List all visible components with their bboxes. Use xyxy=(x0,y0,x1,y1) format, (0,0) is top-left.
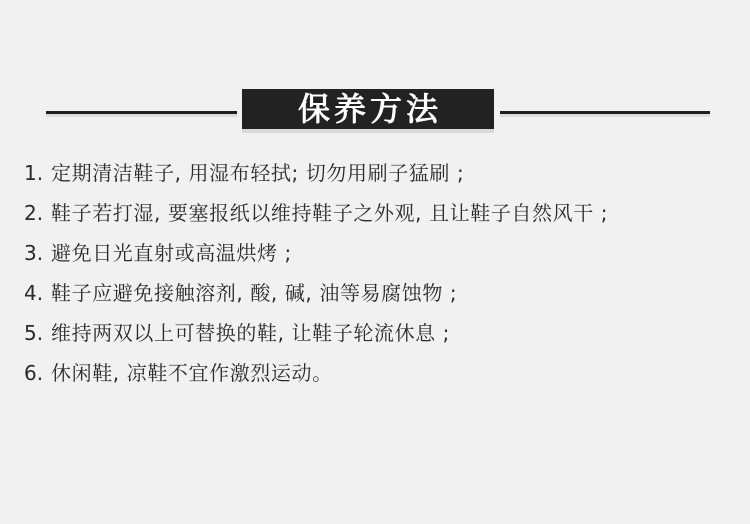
item-number: 6. xyxy=(24,353,51,393)
care-instructions-list: 1. 定期清洁鞋子, 用湿布轻拭; 切勿用刷子猛刷 ; 2. 鞋子若打湿, 要塞… xyxy=(24,153,608,393)
header-rule-left xyxy=(46,111,237,114)
list-item: 5. 维持两双以上可替换的鞋, 让鞋子轮流休息 ; xyxy=(24,313,608,353)
section-title: 保养方法 xyxy=(294,89,442,129)
item-number: 4. xyxy=(24,273,51,313)
list-item: 6. 休闲鞋, 凉鞋不宜作激烈运动。 xyxy=(24,353,608,393)
header-rule-right xyxy=(500,111,710,114)
item-text: 避免日光直射或高温烘烤 ; xyxy=(51,233,292,273)
item-number: 2. xyxy=(24,193,51,233)
item-text: 鞋子应避免接触溶剂, 酸, 碱, 油等易腐蚀物 ; xyxy=(51,273,457,313)
item-text: 定期清洁鞋子, 用湿布轻拭; 切勿用刷子猛刷 ; xyxy=(51,153,464,193)
list-item: 3. 避免日光直射或高温烘烤 ; xyxy=(24,233,608,273)
list-item: 2. 鞋子若打湿, 要塞报纸以维持鞋子之外观, 且让鞋子自然风干 ; xyxy=(24,193,608,233)
item-text: 休闲鞋, 凉鞋不宜作激烈运动。 xyxy=(51,353,333,393)
item-number: 3. xyxy=(24,233,51,273)
list-item: 4. 鞋子应避免接触溶剂, 酸, 碱, 油等易腐蚀物 ; xyxy=(24,273,608,313)
title-banner: 保养方法 xyxy=(242,89,494,129)
item-number: 1. xyxy=(24,153,51,193)
item-text: 鞋子若打湿, 要塞报纸以维持鞋子之外观, 且让鞋子自然风干 ; xyxy=(51,193,608,233)
item-number: 5. xyxy=(24,313,51,353)
section-header: 保养方法 xyxy=(0,0,750,140)
item-text: 维持两双以上可替换的鞋, 让鞋子轮流休息 ; xyxy=(51,313,450,353)
list-item: 1. 定期清洁鞋子, 用湿布轻拭; 切勿用刷子猛刷 ; xyxy=(24,153,608,193)
